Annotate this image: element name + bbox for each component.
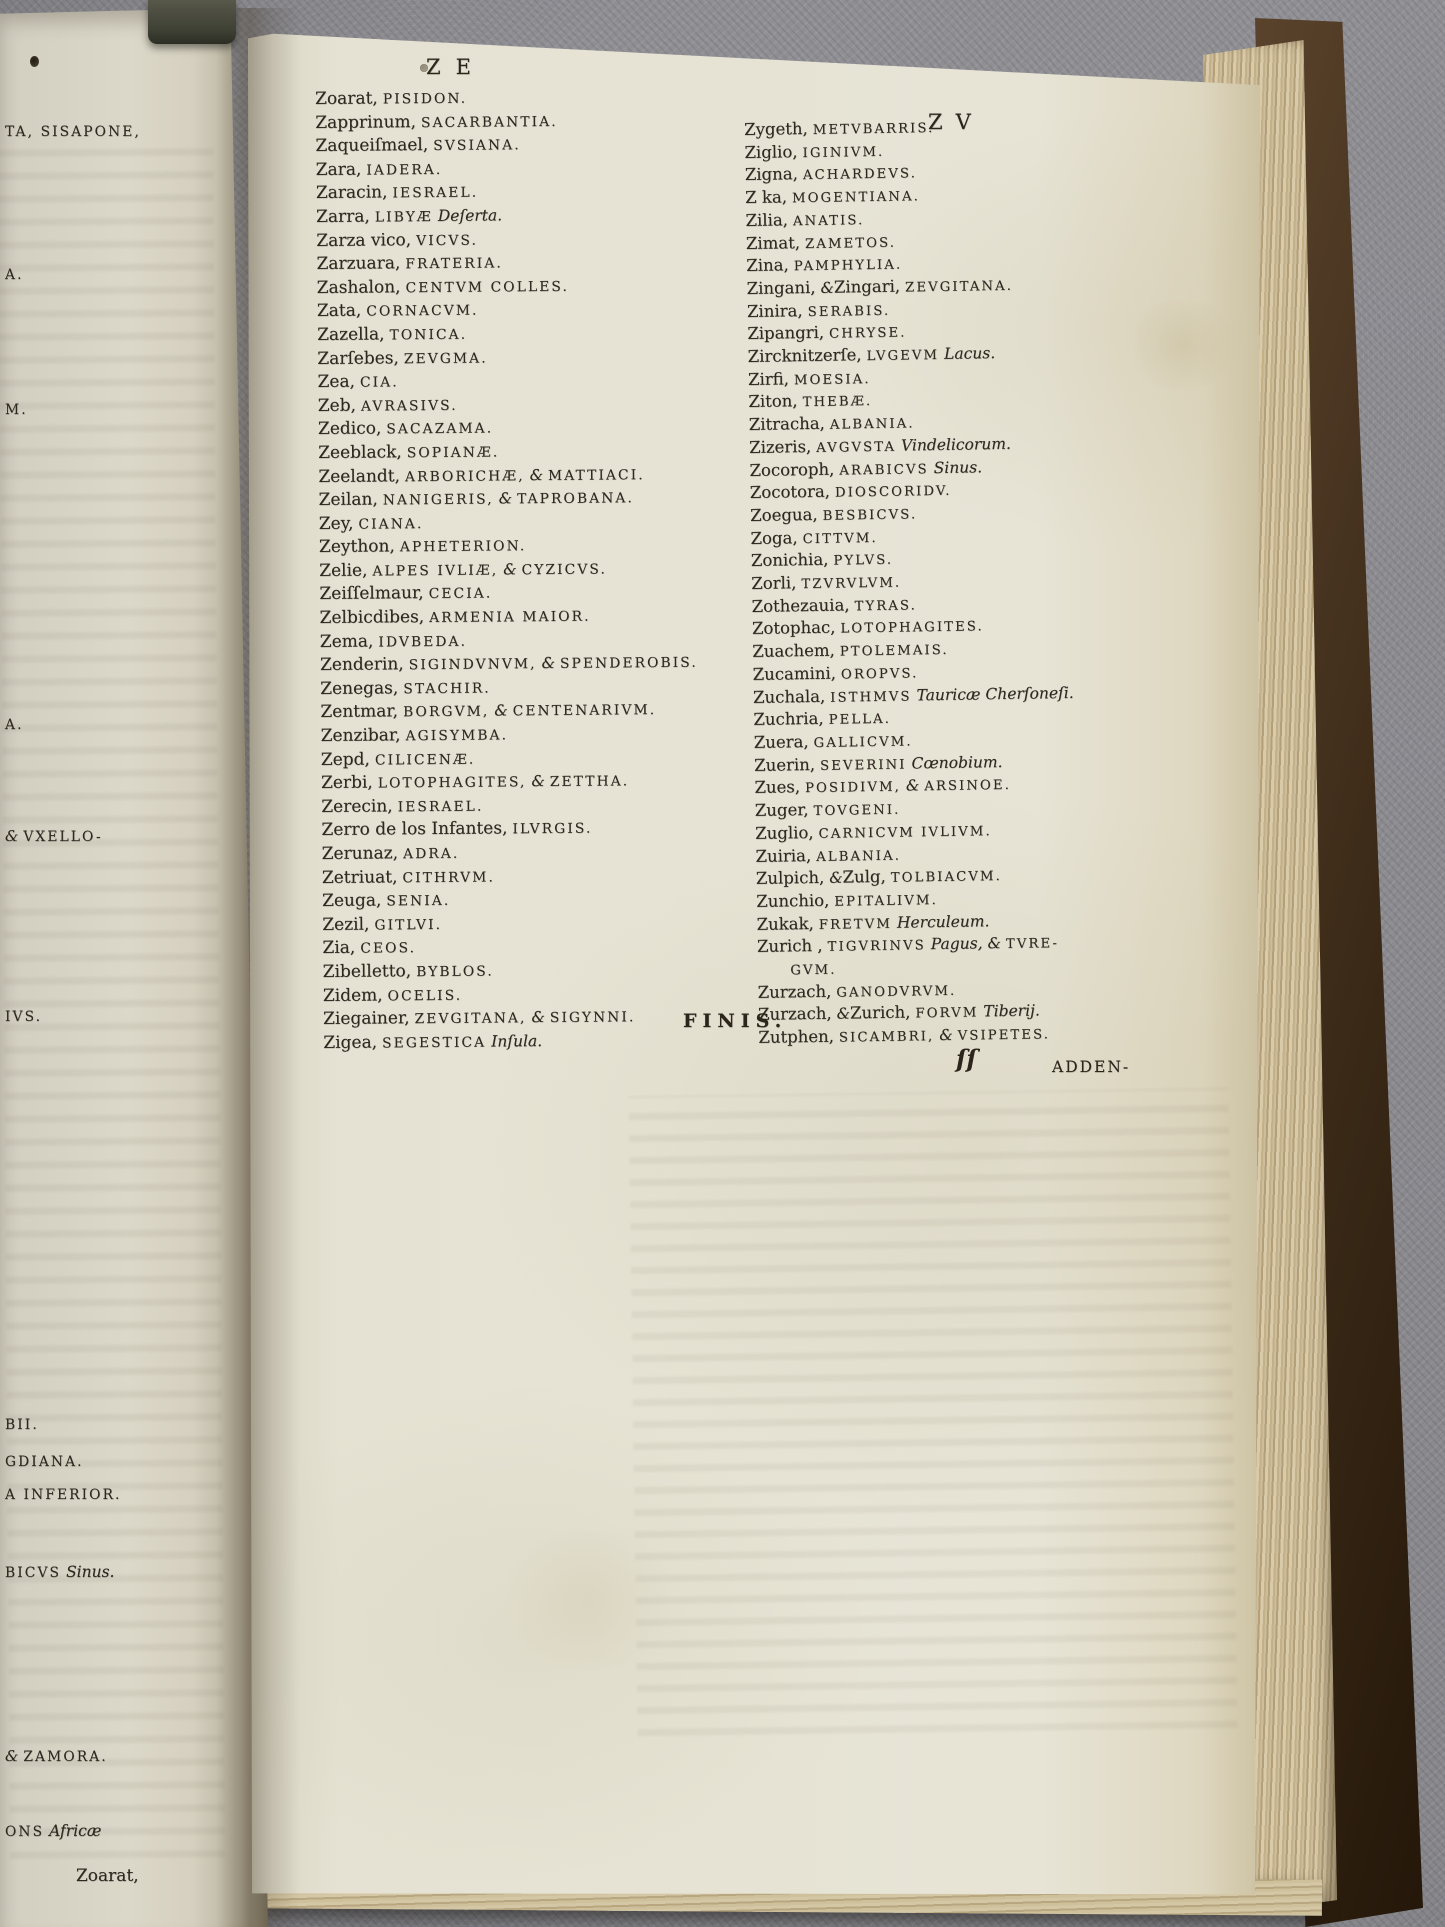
entry-segment: Zinira,: [747, 301, 803, 321]
entry-line: Zeuga,SENIA.: [322, 887, 700, 914]
entry-line: Zia,CEOS.: [322, 934, 700, 961]
entry-segment: GVM.: [785, 963, 836, 979]
entry-line: Zata,CORNACVM.: [317, 297, 695, 324]
fragment-line: A INFERIOR.: [0, 1483, 122, 1507]
entry-segment: SIGYNNI.: [545, 1009, 636, 1026]
entry-segment: BORGVM,: [398, 704, 489, 721]
entry-segment: Zeilan,: [319, 490, 378, 511]
entry-line: Zeelandt,ARBORICHÆ,&MATTIACI.: [318, 462, 696, 489]
entry-segment: Zelie,: [319, 560, 367, 580]
fragment-line: BICVSSinus.: [0, 1561, 115, 1585]
entry-segment: CITTVM.: [798, 531, 878, 547]
entry-segment: Zata,: [317, 301, 362, 321]
entry-segment: Zuachem,: [752, 641, 835, 661]
entry-line: Zerecin,IESRAEL.: [321, 792, 699, 819]
entry-segment: TVRE-: [1001, 936, 1059, 952]
entry-segment: SEVERINI: [815, 757, 907, 773]
entry-line: Zedico,SACAZAMA.: [318, 415, 696, 442]
entry-segment: Zuchala,: [753, 686, 825, 706]
entry-segment: Zia,: [322, 938, 355, 958]
entry-segment: Zetriuat,: [322, 867, 398, 888]
entry-segment: Herculeum.: [892, 912, 990, 932]
entry-segment: Zulg,: [842, 867, 885, 887]
entry-segment: Zema,: [320, 631, 374, 651]
entry-segment: Africæ: [44, 1822, 101, 1840]
entry-segment: Zues,: [754, 778, 800, 798]
entry-segment: &: [525, 466, 544, 484]
entry-segment: CILICENÆ.: [370, 751, 476, 768]
entry-segment: VXELLO-: [18, 829, 102, 845]
entry-line: Zelbicdibes,ARMENIA MAIOR.: [320, 604, 698, 631]
entry-segment: OCELIS.: [383, 987, 463, 1004]
entry-segment: SEGESTICA: [377, 1034, 486, 1051]
entry-segment: LOTOPHAGITES,: [373, 774, 527, 791]
entry-segment: Zerbi,: [321, 773, 373, 793]
entry-line: Zarza vico,VICVS.: [316, 226, 694, 253]
entry-line: Zerbi,LOTOPHAGITES,&ZETTHA.: [321, 769, 699, 796]
entry-segment: CITHRVM.: [397, 869, 495, 886]
entry-segment: ARSINOE.: [919, 778, 1011, 794]
entry-segment: Zoga,: [750, 528, 797, 548]
paper-stain: [488, 1530, 688, 1670]
entry-segment: CHRYSE.: [824, 326, 907, 342]
entry-segment: ARABICVS: [834, 462, 929, 478]
entry-segment: Tauricæ Cherſoneſi.: [911, 683, 1073, 704]
entry-segment: &: [832, 1005, 851, 1023]
entry-segment: MATTIACI.: [543, 467, 645, 484]
entry-segment: Zentmar,: [320, 702, 398, 723]
entry-segment: ZAMORA.: [18, 1749, 107, 1765]
entry-segment: Zezil,: [322, 914, 369, 934]
catchword-adden: ADDEN-: [1052, 1058, 1130, 1076]
entry-segment: Zucamini,: [753, 664, 837, 684]
entry-segment: Zepd,: [321, 749, 370, 769]
fragment-line: TA, SISAPONE,: [0, 120, 141, 144]
entry-line: Zeb,AVRASIVS.: [318, 391, 696, 418]
entry-segment: Lacus.: [939, 344, 995, 363]
entry-line: Zazella,TONICA.: [317, 321, 695, 348]
entry-line: Zey,CIANA.: [319, 509, 697, 536]
entry-segment: Zurich ,: [757, 936, 823, 956]
finis-label: FINIS.: [683, 1010, 787, 1032]
entry-segment: ZEVGITANA.: [900, 279, 1013, 296]
entry-segment: Zocoroph,: [749, 459, 834, 479]
entry-segment: ZEVGMA.: [399, 350, 488, 367]
entry-segment: CENTENARIVM.: [508, 702, 657, 719]
entry-segment: Zenegas,: [320, 678, 398, 699]
entry-segment: Zelbicdibes,: [320, 607, 425, 628]
entry-segment: Zunchio,: [756, 891, 829, 911]
entry-segment: Zerunaz,: [322, 843, 399, 864]
entry-segment: BESBICVS.: [818, 507, 918, 524]
entry-segment: Zerro de los Infantes,: [321, 819, 507, 841]
entry-segment: Zey,: [319, 513, 354, 533]
entry-segment: Vindelicorum.: [896, 435, 1011, 455]
entry-segment: Zara,: [316, 159, 362, 179]
entry-line: Zashalon,CENTVM COLLES.: [317, 273, 695, 300]
entry-segment: CIA.: [355, 374, 399, 390]
entry-segment: PAMPHYLIA.: [789, 258, 903, 275]
entry-segment: NANIGERIS,: [378, 492, 494, 509]
entry-segment: Zuera,: [754, 732, 809, 752]
entry-segment: &: [498, 560, 517, 578]
entry-segment: Zaqueiſmael,: [315, 135, 428, 156]
entry-segment: Ziglio,: [744, 142, 797, 162]
entry-segment: Zarza vico,: [316, 230, 411, 251]
entry-line: Zara,IADERA.: [316, 155, 694, 182]
entry-segment: SACARBANTIA.: [416, 113, 558, 130]
entry-segment: Zukak,: [756, 914, 813, 934]
fragment-line: IVS.: [0, 1005, 42, 1029]
entry-segment: Zedico,: [318, 419, 382, 440]
entry-segment: SPENDEROBIS.: [555, 655, 698, 672]
entry-segment: GANODVRVM.: [831, 983, 956, 1000]
entry-segment: Zenderin,: [320, 654, 404, 675]
entry-segment: Zeiſſelmaur,: [319, 584, 423, 605]
entry-segment: ALBANIA.: [825, 416, 915, 432]
entry-segment: TYRAS.: [849, 598, 917, 614]
entry-line: Zezil,GITLVI.: [322, 910, 700, 937]
entry-line: Zeiſſelmaur,CECIA.: [319, 580, 697, 607]
entry-segment: POSIDIVM,: [800, 780, 901, 797]
entry-segment: SERABIS.: [803, 303, 891, 319]
entry-line: Zarzuara,FRATERIA.: [316, 250, 694, 277]
entry-line: Zeeblack,SOPIANÆ.: [318, 439, 696, 466]
entry-segment: PISIDON.: [378, 91, 468, 108]
show-through-text: [629, 1088, 1238, 1736]
entry-segment: Zizeris,: [749, 437, 811, 457]
gazetteer-index-page: ZE Zoarat,PISIDON.Zapprinum,SACARBANTIA.…: [248, 30, 1260, 1898]
entry-line: Zapprinum,SACARBANTIA.: [315, 108, 693, 135]
entry-segment: &: [815, 279, 834, 297]
entry-line: Ziegainer,ZEVGITANA,&SIGYNNI.: [323, 1005, 701, 1032]
entry-segment: Zarſebes,: [317, 348, 399, 369]
entry-segment: &: [934, 1026, 953, 1044]
entry-segment: &: [901, 777, 920, 795]
entry-line: Zutphen,SICAMBRI,&VSIPETES.: [758, 1023, 1079, 1051]
entry-segment: Tiberij.: [978, 1002, 1040, 1021]
entry-segment: THEBÆ.: [798, 394, 873, 410]
entry-segment: Zuger,: [755, 800, 809, 820]
entry-segment: Zashalon,: [317, 277, 401, 298]
entry-line: Zenegas,STACHIR.: [320, 675, 698, 702]
paper-stain: [1123, 300, 1243, 390]
entry-line: Zarſebes,ZEVGMA.: [317, 344, 695, 371]
entry-segment: SENIA.: [381, 893, 450, 910]
column-header-ze: ZE: [426, 55, 486, 79]
entry-segment: ADRA.: [398, 846, 459, 863]
binding-clasp: [148, 0, 236, 44]
entry-segment: PTOLEMAIS.: [835, 643, 949, 660]
entry-segment: Zoegua,: [750, 505, 818, 525]
entry-segment: ZAMETOS.: [800, 235, 896, 252]
entry-line: Zea,CIA.: [317, 368, 695, 395]
entry-segment: Zarzuara,: [316, 253, 400, 274]
entry-segment: Zuiria,: [755, 846, 811, 866]
entry-segment: &: [526, 1008, 545, 1026]
entry-segment: Zeuga,: [322, 891, 381, 912]
entry-line: Zepd,CILICENÆ.: [321, 745, 699, 772]
fragment-line: &VXELLO-: [0, 825, 103, 849]
entry-segment: BII.: [0, 1417, 39, 1433]
entry-segment: SACAZAMA.: [381, 421, 493, 438]
entry-segment: DIOSCORIDV.: [830, 484, 952, 501]
entry-line: Zaracin,IESRAEL.: [316, 179, 694, 206]
entry-segment: ZEVGITANA,: [409, 1010, 526, 1027]
entry-segment: ANATIS.: [788, 213, 865, 229]
entry-segment: Ziton,: [748, 392, 797, 412]
entry-segment: AVRASIVS.: [356, 397, 458, 414]
entry-segment: SICAMBRI,: [834, 1029, 935, 1046]
entry-segment: Zigea,: [323, 1032, 377, 1052]
entry-segment: SOPIANÆ.: [402, 444, 500, 461]
entry-segment: TONICA.: [384, 327, 467, 344]
entry-segment: &: [824, 869, 843, 887]
entry-segment: TIGVRINVS: [823, 939, 926, 956]
entry-segment: ONS: [0, 1824, 44, 1840]
entry-segment: Zibelletto,: [323, 961, 412, 982]
entry-segment: CEOS.: [355, 941, 416, 958]
entry-segment: GALLICVM.: [809, 734, 913, 751]
entry-segment: Zazella,: [317, 324, 385, 345]
entry-segment: Zimat,: [746, 233, 800, 253]
entry-segment: PYLVS.: [828, 553, 893, 569]
entry-segment: Zuerin,: [754, 755, 815, 775]
fragment-line: A.: [0, 713, 24, 737]
entry-segment: TZVRVLVM.: [796, 576, 901, 593]
entry-segment: CARNICVM IVLIVM.: [814, 824, 992, 842]
column-zv-entries: Zygeth,METVBARRIS.Ziglio,IGINIVM.Zigna,A…: [744, 115, 1079, 1051]
entry-segment: &: [0, 827, 18, 845]
entry-segment: &: [982, 934, 1001, 952]
entry-segment: Zina,: [746, 256, 789, 276]
entry-segment: ARMENIA MAIOR.: [424, 609, 591, 626]
entry-line: Zigea,SEGESTICAInſula.: [323, 1028, 701, 1055]
entry-segment: Zingari,: [834, 276, 900, 296]
fragment-line: A.: [0, 263, 24, 287]
entry-segment: M.: [0, 402, 28, 418]
entry-segment: Zeb,: [318, 395, 356, 415]
entry-segment: &: [489, 702, 508, 720]
entry-segment: Zotophac,: [752, 618, 836, 638]
entry-segment: Zeeblack,: [318, 442, 402, 463]
entry-segment: Zoarat,: [76, 1866, 139, 1886]
entry-segment: Zothezauia,: [751, 595, 849, 616]
entry-segment: FORVM: [910, 1006, 978, 1022]
entry-segment: Zigna,: [745, 165, 798, 185]
entry-segment: VICVS.: [411, 232, 478, 249]
fragment-line: GDIANA.: [0, 1450, 84, 1474]
entry-line: Zoarat,PISIDON.: [315, 85, 693, 112]
entry-line: Zelie,ALPES IVLIÆ,&CYZICVS.: [319, 557, 697, 584]
entry-segment: Deſerta.: [433, 206, 502, 225]
entry-segment: BYBLOS.: [411, 963, 494, 980]
entry-segment: Zuchria,: [753, 709, 824, 729]
entry-segment: &: [0, 1747, 18, 1765]
entry-segment: ISTHMVS: [825, 689, 912, 705]
signature-mark: ſſ: [956, 1044, 977, 1073]
entry-segment: &: [494, 489, 513, 507]
entry-segment: Sinus.: [61, 1563, 114, 1581]
entry-segment: VSIPETES.: [953, 1027, 1051, 1044]
fragment-line: M.: [0, 398, 28, 422]
fragment-line: &ZAMORA.: [0, 1745, 108, 1769]
entry-segment: FRETVM: [814, 916, 892, 932]
entry-segment: CECIA.: [424, 586, 493, 603]
entry-line: Zerunaz,ADRA.: [322, 840, 700, 867]
entry-segment: SIGINDVNVM,: [404, 656, 537, 673]
fragment-line: Zoarat,: [76, 1865, 139, 1888]
entry-segment: Zitracha,: [749, 414, 825, 434]
entry-segment: APHETERION.: [395, 538, 527, 555]
entry-segment: ILVRGIS.: [507, 821, 592, 838]
entry-segment: TOLBIACVM.: [886, 869, 1002, 886]
entry-segment: STACHIR.: [398, 680, 491, 697]
entry-line: Zenderin,SIGINDVNVM,&SPENDEROBIS.: [320, 651, 698, 678]
entry-line: Zenzibar,AGISYMBA.: [321, 722, 699, 749]
entry-segment: Zulpich,: [756, 868, 825, 888]
entry-segment: GITLVI.: [369, 917, 442, 934]
entry-segment: ACHARDEVS.: [798, 167, 917, 184]
entry-segment: Zonichia,: [751, 550, 829, 570]
entry-segment: PELLA.: [824, 712, 892, 728]
entry-segment: Zurich,: [850, 1003, 911, 1023]
entry-segment: &: [526, 772, 545, 790]
entry-line: Zaqueiſmael,SVSIANA.: [315, 132, 693, 159]
entry-segment: METVBARRIS.: [808, 121, 935, 138]
entry-segment: Zarra,: [316, 206, 370, 226]
entry-segment: Zapprinum,: [315, 112, 416, 133]
entry-segment: &: [537, 654, 556, 672]
entry-line: Zeython,APHETERION.: [319, 533, 697, 560]
entry-segment: IADERA.: [361, 162, 442, 179]
fragment-line: ONSAfricæ: [0, 1820, 101, 1844]
entry-segment: TAPROBANA.: [512, 490, 634, 507]
wormhole-spot: [30, 56, 39, 67]
entry-line: Zetriuat,CITHRVM.: [322, 863, 700, 890]
entry-segment: Zircknitzerſe,: [748, 345, 862, 366]
entry-segment: Zenzibar,: [321, 725, 401, 746]
entry-segment: TOVGENI.: [809, 803, 901, 819]
entry-line: Zerro de los Infantes,ILVRGIS.: [321, 816, 699, 843]
show-through-text: [0, 137, 225, 1858]
entry-segment: Ziegainer,: [323, 1008, 410, 1029]
entry-segment: Zingani,: [746, 278, 815, 298]
entry-segment: IDVBEDA.: [373, 633, 467, 650]
entry-segment: ARBORICHÆ,: [400, 468, 525, 485]
entry-segment: TA, SISAPONE,: [0, 124, 141, 140]
entry-segment: Zocotora,: [750, 482, 830, 502]
entry-segment: OROPVS.: [836, 666, 919, 682]
entry-segment: GDIANA.: [0, 1454, 84, 1470]
entry-segment: IESRAEL.: [393, 798, 484, 815]
entry-segment: CENTVM COLLES.: [400, 279, 569, 296]
book-photo-scene: TA, SISAPONE,A.M.A.&VXELLO-IVS.BII.GDIAN…: [0, 0, 1445, 1927]
entry-line: Zarra,LIBYÆDeſerta.: [316, 203, 694, 230]
entry-segment: Zeelandt,: [318, 466, 400, 487]
entry-segment: Zeython,: [319, 537, 395, 558]
entry-segment: IGINIVM.: [797, 145, 884, 161]
entry-segment: CORNACVM.: [361, 303, 478, 320]
entry-segment: LIBYÆ: [370, 209, 433, 226]
entry-segment: ALBANIA.: [811, 848, 901, 864]
entry-segment: Zuglio,: [755, 823, 814, 843]
fragment-line: BII.: [0, 1413, 39, 1437]
entry-segment: ZETTHA.: [545, 774, 630, 791]
entry-segment: A.: [0, 717, 24, 733]
entry-segment: Z ka,: [745, 187, 787, 207]
entry-line: Zibelletto,BYBLOS.: [323, 958, 701, 985]
entry-line: Zema,IDVBEDA.: [320, 627, 698, 654]
entry-segment: Zea,: [317, 372, 355, 392]
entry-segment: Zaracin,: [316, 183, 388, 204]
entry-segment: AVGVSTA: [811, 439, 896, 455]
entry-segment: Zoarat,: [315, 88, 378, 109]
entry-line: Zentmar,BORGVM,&CENTENARIVM.: [320, 698, 698, 725]
facing-page-edge: TA, SISAPONE,A.M.A.&VXELLO-IVS.BII.GDIAN…: [0, 8, 268, 1927]
entry-segment: Cœnobium.: [906, 753, 1002, 773]
entry-segment: SVSIANA.: [428, 137, 521, 154]
entry-segment: A.: [0, 267, 24, 283]
entry-segment: AGISYMBA.: [400, 727, 508, 744]
entry-segment: MOGENTIANA.: [787, 189, 920, 206]
entry-segment: Zygeth,: [744, 119, 808, 139]
entry-segment: Zilia,: [745, 210, 788, 230]
entry-line: Zeilan,NANIGERIS,&TAPROBANA.: [319, 486, 697, 513]
entry-segment: EPITALIVM.: [829, 893, 938, 910]
entry-segment: IVS.: [0, 1009, 42, 1025]
entry-segment: CIANA.: [353, 516, 423, 533]
entry-segment: Sinus.: [929, 458, 983, 477]
entry-segment: CYZICVS.: [516, 561, 607, 578]
entry-segment: Zidem,: [323, 985, 383, 1006]
entry-segment: BICVS: [0, 1565, 61, 1581]
entry-segment: Zirfi,: [748, 369, 789, 389]
entry-segment: ALPES IVLIÆ,: [367, 562, 498, 579]
entry-segment: LOTOPHAGITES.: [835, 620, 984, 637]
entry-segment: IESRAEL.: [387, 185, 478, 202]
entry-segment: LVGEVM: [861, 348, 939, 364]
entry-segment: FRATERIA.: [400, 256, 503, 273]
column-ze-entries: Zoarat,PISIDON.Zapprinum,SACARBANTIA.Zaq…: [315, 85, 701, 1056]
entry-segment: Zerecin,: [321, 796, 393, 817]
entry-segment: Zurzach,: [758, 981, 832, 1001]
entry-segment: A INFERIOR.: [0, 1487, 122, 1503]
entry-segment: Zipangri,: [747, 323, 824, 343]
entry-segment: Zorli,: [751, 573, 796, 593]
entry-segment: MOESIA.: [789, 372, 871, 388]
entry-line: Zidem,OCELIS.: [323, 981, 701, 1008]
entry-segment: Inſula.: [486, 1032, 542, 1050]
entry-segment: Pagus,: [926, 935, 983, 954]
